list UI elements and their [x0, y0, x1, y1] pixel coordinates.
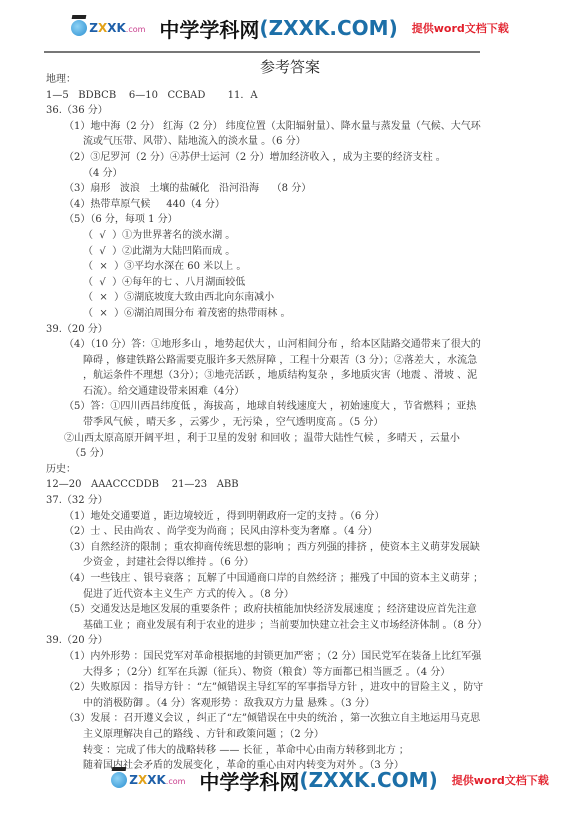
- zxxk-logo-footer: ZXXK.com: [111, 772, 185, 788]
- judgement-item: （ √ ）①为世界著名的淡水湖 。: [46, 228, 486, 244]
- site-domain: (ZXXK.COM): [299, 768, 437, 792]
- q36-part2: （2）③尼罗河（2 分）④苏伊士运河（2 分）增加经济收入 ，成为主要的经济支柱…: [46, 150, 486, 166]
- geo-q39-part4: （4）（10 分）答：①地形多山 ，地势起伏大 ，山河相间分布 ，给本区陆路交通…: [46, 337, 486, 399]
- q37-item: （5）交通发达是地区发展的重要条件 ；政府扶植能加快经济发展速度 ；经济建设应首…: [46, 602, 486, 633]
- mascot-graduate-icon: [111, 772, 127, 788]
- judgement-item: （ × ）⑥湖泊周围分布 着茂密的热带雨林 。: [46, 306, 486, 322]
- q36-part3: （3）扇形 波浪 土壤的盐碱化 沿河沿海 （8 分）: [46, 181, 486, 197]
- judgement-item: （ × ）③平均水深在 60 米以上 。: [46, 259, 486, 275]
- section-label-geography: 地理：: [46, 72, 486, 88]
- logo-wordmark: ZXXK.com: [129, 773, 185, 787]
- q37-item: （2）士 、民由尚农 、尚学变为尚商 ；民风由淳朴变为奢靡 。（4 分）: [46, 524, 486, 540]
- q36-part5: （5）（6 分，每项 1 分）: [46, 212, 486, 228]
- q37-item: （3）自然经济的限制 ；重农抑商传统思想的影响 ；西方列强的排挤 ，使资本主义萌…: [46, 540, 486, 571]
- q36-part4: （4）热带草原气候 440（4 分）: [46, 197, 486, 213]
- logo-wordmark: ZXXK.com: [89, 21, 145, 35]
- geo-q39-part5-score: （5 分）: [46, 446, 486, 462]
- judgement-item: （ √ ）②此湖为大陆凹陷而成 。: [46, 244, 486, 260]
- history-mc-answers: 12—20 AAACCCDDB 21—23 ABB: [46, 477, 486, 493]
- hist-q39-item: （1）内外形势 ：国民党军对革命根据地的封锁更加严密 ；（2 分）国民党军在装备…: [46, 649, 486, 680]
- section-label-history: 历史：: [46, 462, 486, 478]
- q37-item: （1）地处交通要道 ，距边境较近 ，得到明朝政府一定的支持 。（6 分）: [46, 509, 486, 525]
- site-banner-bottom: ZXXK.com 中学学科网 (ZXXK.COM) 提供word文档下载: [40, 762, 580, 798]
- site-domain: (ZXXK.COM): [259, 16, 397, 40]
- judgement-item: （ √ ）④每年的七 、八月湖面较低: [46, 275, 486, 291]
- q36-part2-score: （4 分）: [46, 166, 486, 182]
- hist-q39-item: （2）失败原因 ：指导方针 ：“左”倾错误主导红军的军事指导方针 ，进攻中的冒险…: [46, 680, 486, 711]
- site-name: 中学学科网: [159, 14, 259, 43]
- answer-body: 地理： 1—5 BDBCB 6—10 CCBAD 11．A 36.（36 分） …: [46, 72, 486, 774]
- q36-part1: （1）地中海（2 分） 红海（2 分） 纬度位置（太阳辐射量）、降水量与蒸发量（…: [46, 119, 486, 150]
- hist-q39-tail: 转变 ：完成了伟大的战略转移 —— 长征 ，革命中心由南方转移到北方 ；: [46, 743, 486, 759]
- q36-heading: 36.（36 分）: [46, 103, 486, 119]
- geography-mc-answers: 1—5 BDBCB 6—10 CCBAD 11．A: [46, 88, 486, 104]
- zxxk-logo: ZXXK.com: [71, 20, 145, 36]
- download-note: 提供word文档下载: [452, 772, 549, 788]
- geo-q39-heading: 39.（20 分）: [46, 322, 486, 338]
- q37-item: （4）一些钱庄 、银号衰落 ；瓦解了中国通商口岸的自然经济 ；摧残了中国的资本主…: [46, 571, 486, 602]
- download-note: 提供word文档下载: [412, 20, 509, 36]
- judgement-item: （ × ）⑤湖底坡度大致由西北向东南减小: [46, 290, 486, 306]
- hist-q39-item: （3）发展 ：召开遵义会议 ，纠正了“左”倾错误在中央的统治 ，第一次独立自主地…: [46, 711, 486, 742]
- site-name: 中学学科网: [199, 766, 299, 795]
- geo-q39-part5: （5）答：①四川西昌纬度低 ，海拔高 ，地球自转线速度大 ，初始速度大 ，节省燃…: [46, 399, 486, 430]
- header-divider: [44, 51, 480, 53]
- site-banner-top: ZXXK.com 中学学科网 (ZXXK.COM) 提供word文档下载: [0, 10, 580, 46]
- hist-q39-heading: 39.（20 分）: [46, 633, 486, 649]
- mascot-graduate-icon: [71, 20, 87, 36]
- geo-q39-part5-second: ②山西太原高原开阔平坦 ，利于卫星的发射 和回收 ；温带大陆性气候 ，多晴天 ，…: [46, 431, 486, 447]
- q37-heading: 37.（32 分）: [46, 493, 486, 509]
